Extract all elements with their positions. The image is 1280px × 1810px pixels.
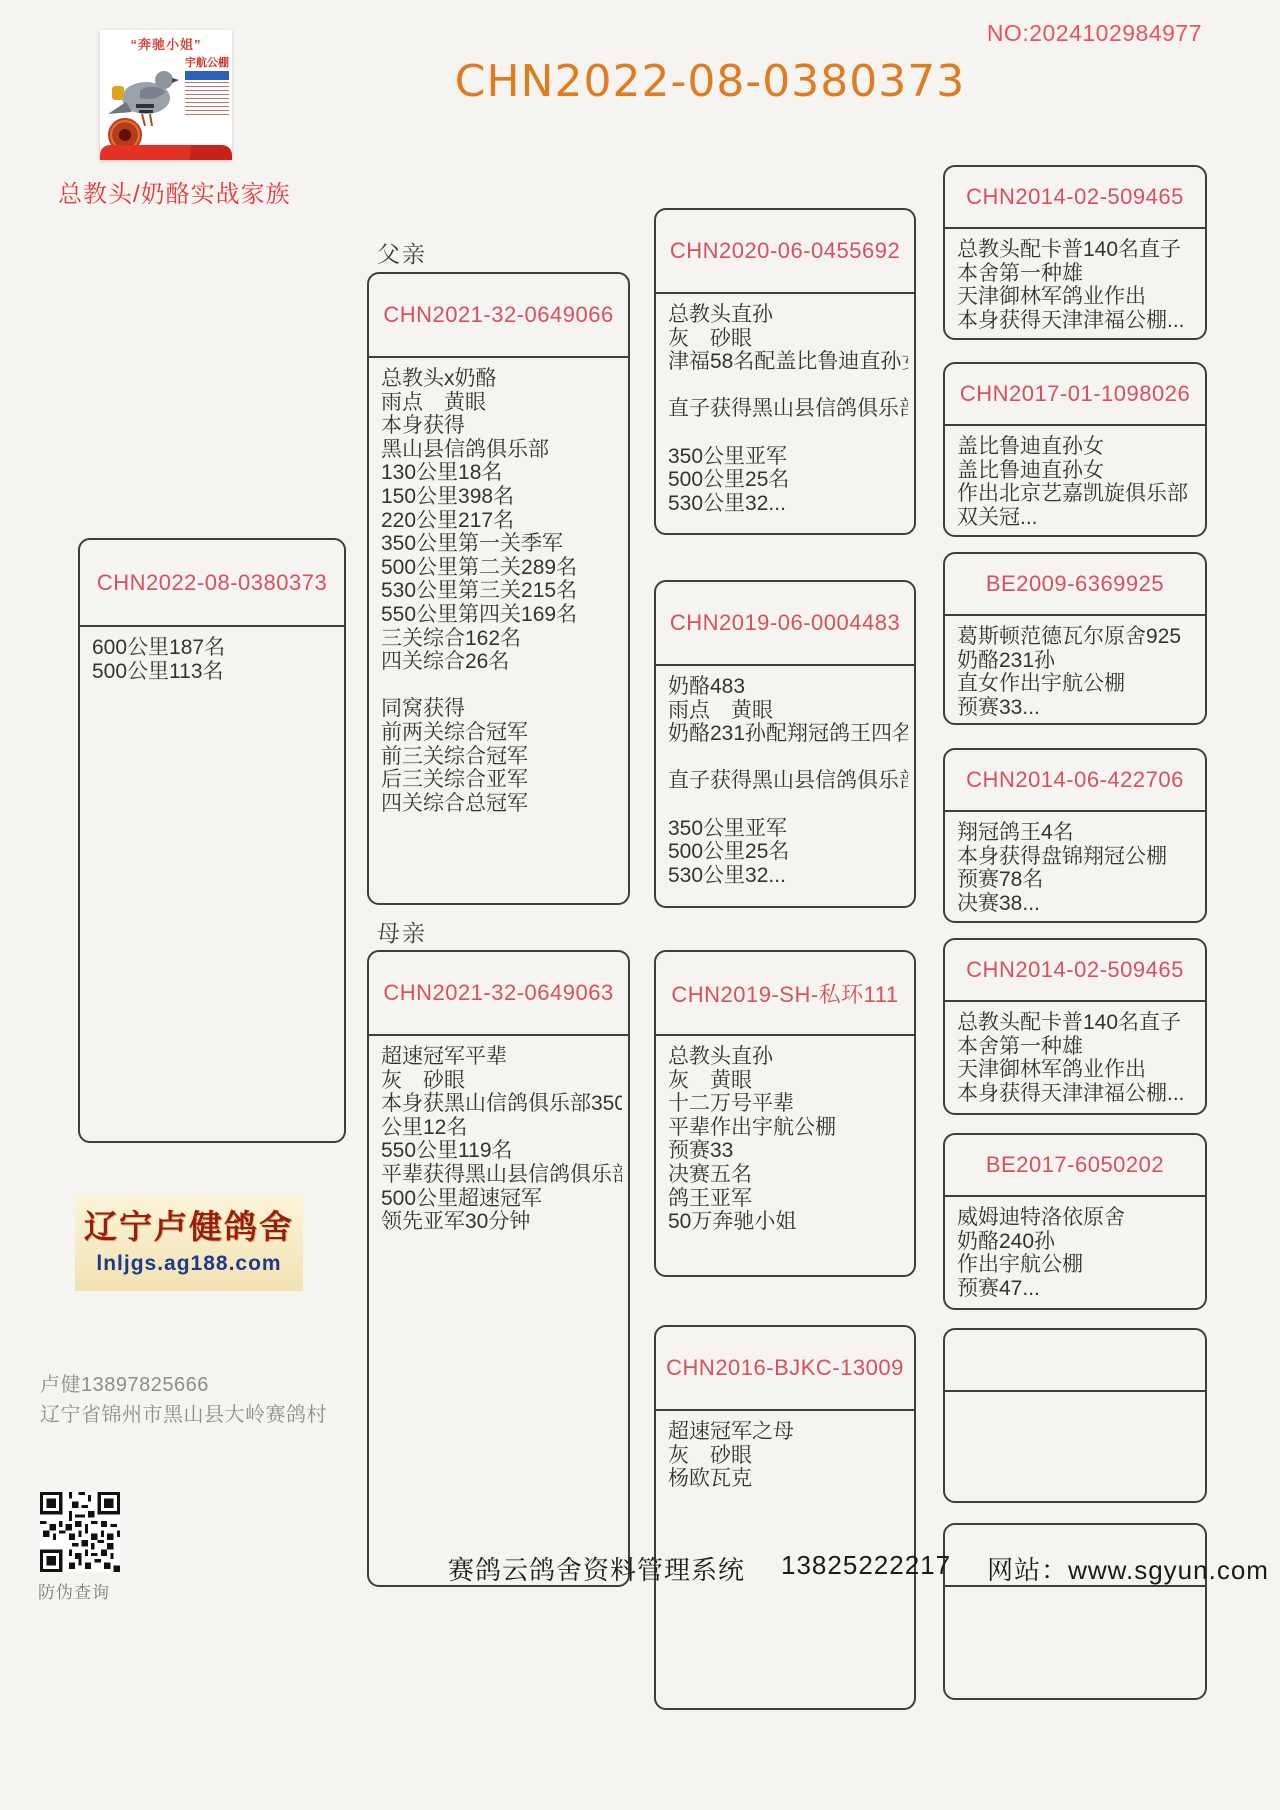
achievement-lines: 总教头配卡普140名直子本舍第一种雄天津御林军鸽业作出本身获得天津津福公棚... <box>945 1002 1205 1105</box>
ring-number: BE2009-6369925 <box>945 554 1205 616</box>
pedigree-box-gen4-4: CHN2014-06-422706 翔冠鸽王4名本身获得盘锦翔冠公棚预赛78名决… <box>943 748 1207 923</box>
pedigree-line: 同窝获得 <box>381 697 622 721</box>
pedigree-line: 530公里32... <box>668 492 908 516</box>
pedigree-line: 预赛33 <box>668 1139 908 1163</box>
pedigree-line: 530公里第三关215名 <box>381 579 622 603</box>
seller-address: 辽宁省锦州市黑山县大岭赛鸽村 <box>40 1398 327 1427</box>
anti-fake-label: 防伪查询 <box>38 1578 110 1603</box>
pedigree-line: 220公里217名 <box>381 509 622 533</box>
pedigree-line: 600公里187名 <box>92 636 338 660</box>
achievement-lines: 葛斯顿范德瓦尔原舍925奶酪231孙直女作出宇航公棚预赛33... <box>945 616 1205 719</box>
achievement-lines: 超速冠军之母灰 砂眼杨欧瓦克 <box>656 1411 914 1491</box>
pedigree-box-gen3-1: CHN2020-06-0455692 总教头直孙灰 砂眼津福58名配盖比鲁迪直孙… <box>654 208 916 535</box>
website-url: www.sgyun.com <box>1068 1555 1269 1585</box>
pedigree-line: 三关综合162名 <box>381 627 622 651</box>
pedigree-line: 总教头直孙 <box>668 303 908 327</box>
pedigree-line: 本身获得盘锦翔冠公棚 <box>957 845 1199 869</box>
pedigree-line: 灰 砂眼 <box>381 1069 622 1093</box>
pedigree-box-gen4-5: CHN2014-02-509465 总教头配卡普140名直子本舍第一种雄天津御林… <box>943 938 1207 1115</box>
pedigree-line: 前两关综合冠军 <box>381 721 622 745</box>
achievement-lines <box>945 1587 1205 1596</box>
ring-number: CHN2014-02-509465 <box>945 940 1205 1002</box>
pedigree-line: 直女作出宇航公棚 <box>957 672 1199 696</box>
achievement-lines: 总教头x奶酪雨点 黄眼本身获得黑山县信鸽俱乐部130公里18名150公里398名… <box>369 358 628 815</box>
pedigree-line: 总教头配卡普140名直子 <box>957 238 1199 262</box>
pedigree-line: 前三关综合冠军 <box>381 745 622 769</box>
pedigree-line: 平辈获得黑山县信鸽俱乐部 <box>381 1163 622 1187</box>
father-label: 父亲 <box>377 236 427 269</box>
pedigree-line: 平辈作出宇航公棚 <box>668 1116 908 1140</box>
pedigree-line: 盖比鲁迪直孙女 <box>957 435 1199 459</box>
pedigree-line: 葛斯顿范德瓦尔原舍925 <box>957 625 1199 649</box>
ring-number: CHN2022-08-0380373 <box>80 540 344 627</box>
ring-number: CHN2014-02-509465 <box>945 167 1205 229</box>
banner-strip <box>185 71 229 80</box>
pedigree-line: 四关综合26名 <box>381 650 622 674</box>
footer: 赛鸽云鸽舍资料管理系统 13825222217 网站：www.sgyun.com <box>448 1550 1269 1587</box>
seller-logo: 辽宁卢健鸽舍 lnljgs.ag188.com <box>75 1195 303 1291</box>
pedigree-line: 决赛五名 <box>668 1163 908 1187</box>
ring-number: CHN2019-06-0004483 <box>656 582 914 666</box>
loft-banner-title: 宇航公棚 <box>185 54 229 70</box>
pedigree-line: 奶酪231孙配翔冠鸽王四名 <box>668 722 908 746</box>
pedigree-line: 天津御林军鸽业作出 <box>957 1058 1199 1082</box>
pedigree-line: 150公里398名 <box>381 485 622 509</box>
pedigree-box-mother: CHN2021-32-0649063 超速冠军平辈灰 砂眼本身获黑山信鸽俱乐部3… <box>367 950 630 1587</box>
pedigree-line: 130公里18名 <box>381 461 622 485</box>
seller-loft-name: 辽宁卢健鸽舍 <box>75 1201 303 1248</box>
pedigree-box-gen3-3: CHN2019-SH-私环111 总教头直孙灰 黄眼十二万号平辈平辈作出宇航公棚… <box>654 950 916 1277</box>
pedigree-line: 决赛38... <box>957 892 1199 916</box>
ring-number: CHN2016-BJKC-13009 <box>656 1327 914 1411</box>
pedigree-line: 雨点 黄眼 <box>381 391 622 415</box>
pedigree-line: 天津御林军鸽业作出 <box>957 285 1199 309</box>
pedigree-line: 500公里25名 <box>668 468 908 492</box>
achievement-lines: 总教头直孙灰 黄眼十二万号平辈平辈作出宇航公棚预赛33决赛五名鸽王亚军50万奔驰… <box>656 1036 914 1234</box>
pedigree-line: 530公里32... <box>668 864 908 888</box>
pedigree-line: 鸽王亚军 <box>668 1187 908 1211</box>
pedigree-box-gen4-6: BE2017-6050202 威姆迪特洛依原舍奶酪240孙作出宇航公棚预赛47.… <box>943 1133 1207 1310</box>
pedigree-box-gen3-4: CHN2016-BJKC-13009 超速冠军之母灰 砂眼杨欧瓦克 <box>654 1325 916 1710</box>
achievement-lines: 威姆迪特洛依原舍奶酪240孙作出宇航公棚预赛47... <box>945 1197 1205 1300</box>
ring-number: CHN2020-06-0455692 <box>656 210 914 294</box>
pedigree-line: 四关综合总冠军 <box>381 792 622 816</box>
pigeon-name-caption: “奔驰小姐” <box>100 34 232 53</box>
achievement-lines: 总教头配卡普140名直子本舍第一种雄天津御林军鸽业作出本身获得天津津福公棚... <box>945 229 1205 332</box>
pedigree-line <box>668 746 908 770</box>
pedigree-line: 本身获得天津津福公棚... <box>957 1082 1199 1106</box>
achievement-lines: 超速冠军平辈灰 砂眼本身获黑山信鸽俱乐部350公里12名550公里119名平辈获… <box>369 1036 628 1234</box>
qr-code <box>40 1492 120 1572</box>
ring-number: CHN2021-32-0649066 <box>369 274 628 358</box>
certificate-number: NO:2024102984977 <box>987 20 1202 47</box>
seller-phone: 卢健13897825666 <box>40 1368 209 1397</box>
pedigree-line: 本身获得天津津福公棚... <box>957 309 1199 333</box>
pedigree-line: 灰 黄眼 <box>668 1069 908 1093</box>
pedigree-line: 奶酪231孙 <box>957 649 1199 673</box>
pedigree-line: 本身获黑山信鸽俱乐部350 <box>381 1092 622 1116</box>
ring-number: CHN2021-32-0649063 <box>369 952 628 1036</box>
mother-label: 母亲 <box>377 915 427 948</box>
pedigree-line: 500公里第二关289名 <box>381 556 622 580</box>
website-label: 网站： <box>987 1555 1068 1585</box>
pedigree-line: 350公里亚军 <box>668 445 908 469</box>
ring-number: CHN2017-01-1098026 <box>945 364 1205 426</box>
family-line-label: 总教头/奶酪实战家族 <box>58 174 291 209</box>
pedigree-line: 350公里亚军 <box>668 817 908 841</box>
pedigree-line: 本身获得 <box>381 414 622 438</box>
pedigree-line: 奶酪240孙 <box>957 1230 1199 1254</box>
pedigree-line: 超速冠军平辈 <box>381 1045 622 1069</box>
pedigree-box-gen3-2: CHN2019-06-0004483 奶酪483雨点 黄眼奶酪231孙配翔冠鸽王… <box>654 580 916 908</box>
pedigree-line: 威姆迪特洛依原舍 <box>957 1206 1199 1230</box>
pedigree-line: 雨点 黄眼 <box>668 699 908 723</box>
pedigree-line <box>668 421 908 445</box>
pedigree-line: 本舍第一种雄 <box>957 1035 1199 1059</box>
pedigree-box-gen4-3: BE2009-6369925 葛斯顿范德瓦尔原舍925奶酪231孙直女作出宇航公… <box>943 552 1207 725</box>
pedigree-line: 550公里第四关169名 <box>381 603 622 627</box>
pedigree-line: 杨欧瓦克 <box>668 1467 908 1491</box>
pedigree-box-gen4-1: CHN2014-02-509465 总教头配卡普140名直子本舍第一种雄天津御林… <box>943 165 1207 340</box>
pedigree-line: 直子获得黑山县信鸽俱乐部 <box>668 769 908 793</box>
decorative-red-band <box>100 145 232 160</box>
pedigree-line: 双关冠... <box>957 506 1199 530</box>
pedigree-line: 直子获得黑山县信鸽俱乐部 <box>668 397 908 421</box>
seller-website: lnljgs.ag188.com <box>75 1252 303 1276</box>
pedigree-line: 50万奔驰小姐 <box>668 1210 908 1234</box>
pedigree-line: 盖比鲁迪直孙女 <box>957 459 1199 483</box>
achievement-lines <box>945 1392 1205 1401</box>
achievement-lines: 总教头直孙灰 砂眼津福58名配盖比鲁迪直孙女 直子获得黑山县信鸽俱乐部 350公… <box>656 294 914 515</box>
ring-number: CHN2014-06-422706 <box>945 750 1205 812</box>
website-group: 网站：www.sgyun.com <box>987 1550 1269 1587</box>
pedigree-line: 津福58名配盖比鲁迪直孙女 <box>668 350 908 374</box>
pedigree-line: 公里12名 <box>381 1116 622 1140</box>
ring-number: BE2017-6050202 <box>945 1135 1205 1197</box>
pedigree-line: 500公里超速冠军 <box>381 1187 622 1211</box>
medal-icon <box>112 86 124 100</box>
pedigree-box-gen4-2: CHN2017-01-1098026 盖比鲁迪直孙女盖比鲁迪直孙女作出北京艺嘉凯… <box>943 362 1207 537</box>
pedigree-line: 黑山县信鸽俱乐部 <box>381 438 622 462</box>
service-phone: 13825222217 <box>781 1550 951 1587</box>
pedigree-line: 预赛47... <box>957 1277 1199 1301</box>
pedigree-line <box>668 793 908 817</box>
pedigree-line: 十二万号平辈 <box>668 1092 908 1116</box>
pedigree-line: 预赛33... <box>957 696 1199 720</box>
pedigree-line: 翔冠鸽王4名 <box>957 821 1199 845</box>
pedigree-box-father: CHN2021-32-0649066 总教头x奶酪雨点 黄眼本身获得黑山县信鸽俱… <box>367 272 630 905</box>
achievement-lines: 盖比鲁迪直孙女盖比鲁迪直孙女作出北京艺嘉凯旋俱乐部双关冠... <box>945 426 1205 529</box>
page-title: CHN2022-08-0380373 <box>430 56 990 107</box>
prize-list-texture <box>185 82 229 116</box>
pedigree-line: 作出北京艺嘉凯旋俱乐部 <box>957 482 1199 506</box>
achievement-lines: 奶酪483雨点 黄眼奶酪231孙配翔冠鸽王四名 直子获得黑山县信鸽俱乐部 350… <box>656 666 914 887</box>
pedigree-line: 500公里113名 <box>92 660 338 684</box>
achievement-lines: 600公里187名500公里113名 <box>80 627 344 683</box>
pedigree-line <box>381 674 622 698</box>
pedigree-line: 500公里25名 <box>668 840 908 864</box>
pedigree-line: 350公里第一关季军 <box>381 532 622 556</box>
pigeon-photo-card: “奔驰小姐” 宇航公棚 <box>100 30 232 160</box>
pedigree-line: 预赛78名 <box>957 868 1199 892</box>
pedigree-line: 本舍第一种雄 <box>957 262 1199 286</box>
pedigree-line: 总教头配卡普140名直子 <box>957 1011 1199 1035</box>
pedigree-box-subject: CHN2022-08-0380373 600公里187名500公里113名 <box>78 538 346 1143</box>
pedigree-line: 总教头x奶酪 <box>381 367 622 391</box>
pedigree-line: 灰 砂眼 <box>668 1444 908 1468</box>
pedigree-line: 总教头直孙 <box>668 1045 908 1069</box>
pedigree-line: 550公里119名 <box>381 1139 622 1163</box>
loft-banner: 宇航公棚 <box>185 54 229 116</box>
pedigree-line: 灰 砂眼 <box>668 327 908 351</box>
pedigree-line: 奶酪483 <box>668 675 908 699</box>
system-name: 赛鸽云鸽舍资料管理系统 <box>448 1550 745 1587</box>
pedigree-line <box>668 374 908 398</box>
pedigree-line: 领先亚军30分钟 <box>381 1210 622 1234</box>
pedigree-line: 超速冠军之母 <box>668 1420 908 1444</box>
pedigree-box-gen4-7 <box>943 1328 1207 1503</box>
ring-number: CHN2019-SH-私环111 <box>656 952 914 1036</box>
pedigree-line: 后三关综合亚军 <box>381 768 622 792</box>
pedigree-line: 作出宇航公棚 <box>957 1253 1199 1277</box>
ring-number <box>945 1330 1205 1392</box>
achievement-lines: 翔冠鸽王4名本身获得盘锦翔冠公棚预赛78名决赛38... <box>945 812 1205 915</box>
